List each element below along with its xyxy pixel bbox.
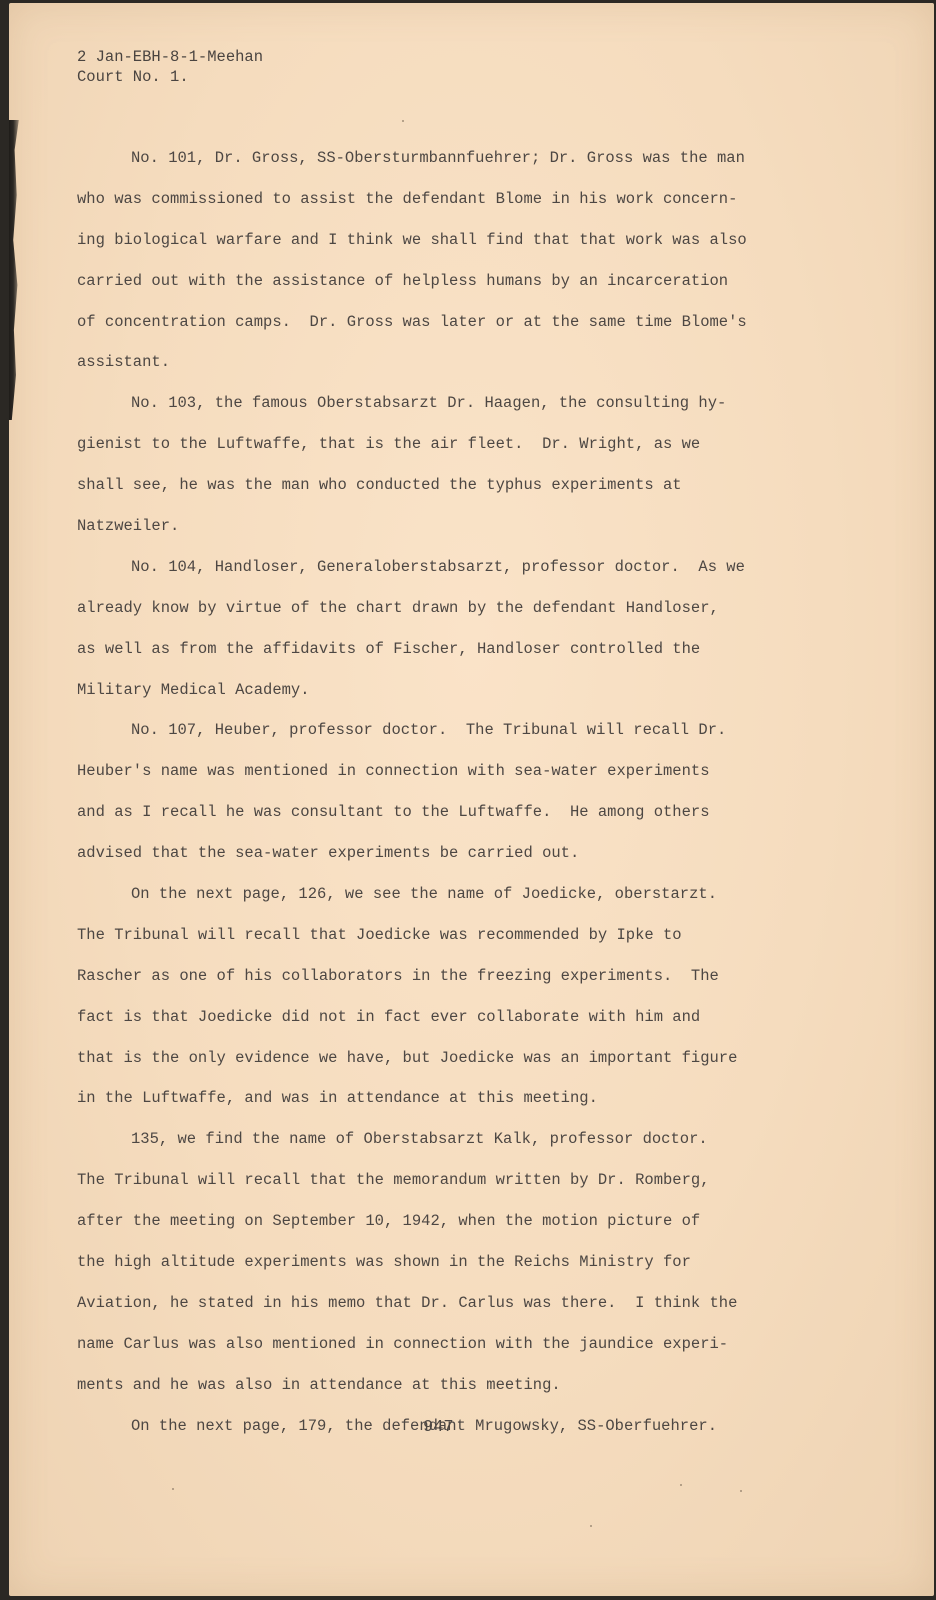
text-line: 135, we find the name of Oberstabsarzt K…	[77, 1127, 817, 1168]
text-line: in the Luftwaffe, and was in attendance …	[77, 1086, 817, 1127]
text-line: No. 107, Heuber, professor doctor. The T…	[77, 718, 817, 759]
text-line: carried out with the assistance of helpl…	[77, 269, 817, 310]
text-line: ments and he was also in attendance at t…	[77, 1373, 817, 1414]
paper-speck	[590, 1525, 592, 1527]
text-line: as well as from the affidavits of Fische…	[77, 637, 817, 678]
text-line: ing biological warfare and I think we sh…	[77, 228, 817, 269]
paper-speck	[680, 1484, 682, 1486]
scanned-page: 2 Jan-EBH-8-1-Meehan Court No. 1. No. 10…	[0, 0, 936, 1600]
text-line: of concentration camps. Dr. Gross was la…	[77, 310, 817, 351]
paper-speck	[402, 120, 404, 122]
text-line: after the meeting on September 10, 1942,…	[77, 1209, 817, 1250]
paper-speck	[740, 1490, 742, 1492]
text-line: gienist to the Luftwaffe, that is the ai…	[77, 432, 817, 473]
text-line: On the next page, 126, we see the name o…	[77, 882, 817, 923]
text-line: Military Medical Academy.	[77, 678, 817, 719]
text-line: advised that the sea-water experiments b…	[77, 841, 817, 882]
text-line: No. 104, Handloser, Generaloberstabsarzt…	[77, 555, 817, 596]
text-line: assistant.	[77, 350, 817, 391]
header-court-line: Court No. 1.	[77, 67, 263, 87]
document-header: 2 Jan-EBH-8-1-Meehan Court No. 1.	[77, 47, 263, 87]
text-line: who was commissioned to assist the defen…	[77, 187, 817, 228]
transcript-body: No. 101, Dr. Gross, SS-Obersturmbannfueh…	[77, 146, 817, 1455]
text-line: Natzweiler.	[77, 514, 817, 555]
text-line: name Carlus was also mentioned in connec…	[77, 1332, 817, 1373]
text-line: Rascher as one of his collaborators in t…	[77, 964, 817, 1005]
text-line: The Tribunal will recall that Joedicke w…	[77, 923, 817, 964]
text-line: Aviation, he stated in his memo that Dr.…	[77, 1291, 817, 1332]
text-line: The Tribunal will recall that the memora…	[77, 1168, 817, 1209]
text-line: the high altitude experiments was shown …	[77, 1250, 817, 1291]
text-line: and as I recall he was consultant to the…	[77, 800, 817, 841]
text-line: shall see, he was the man who conducted …	[77, 473, 817, 514]
text-line: already know by virtue of the chart draw…	[77, 596, 817, 637]
header-reference-line: 2 Jan-EBH-8-1-Meehan	[77, 47, 263, 67]
text-line: that is the only evidence we have, but J…	[77, 1046, 817, 1087]
text-line: Heuber's name was mentioned in connectio…	[77, 759, 817, 800]
text-line: No. 101, Dr. Gross, SS-Obersturmbannfueh…	[77, 146, 817, 187]
page-number: 947	[423, 1418, 454, 1437]
text-line: No. 103, the famous Oberstabsarzt Dr. Ha…	[77, 391, 817, 432]
paper-speck	[172, 1488, 174, 1490]
text-line: fact is that Joedicke did not in fact ev…	[77, 1005, 817, 1046]
